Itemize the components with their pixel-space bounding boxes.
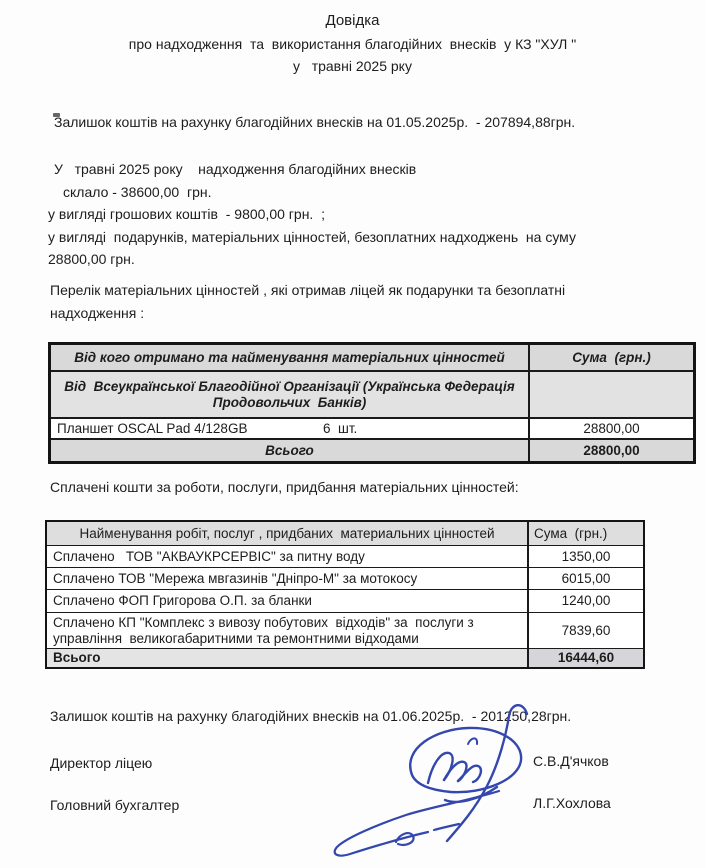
payments-intro-line: Сплачені кошти за роботи, послуги, придб… (50, 476, 519, 498)
income-paragraph: У травні 2025 року надходження благодійн… (48, 158, 688, 271)
gifts-total-sum-cell: 28800,00 (530, 438, 693, 461)
gifts-donor-cell: Від Всеукраїнської Благодійної Організац… (51, 370, 530, 417)
gifts-item-sum-cell: 28800,00 (530, 417, 693, 438)
payments-total-sum-cell: 16444,60 (529, 648, 643, 667)
accountant-signature-icon (335, 791, 499, 856)
payments-row-sum-cell: 1350,00 (529, 545, 643, 567)
payments-row-name-cell: Сплачено КП "Комплекс з вивозу побутових… (47, 612, 529, 648)
payments-header-sum-cell: Сума (грн.) (529, 522, 643, 545)
gifts-intro-line-1: Перелік матеріальних цінностей , які отр… (50, 279, 690, 302)
gifts-item-qty: 6 шт. (323, 421, 357, 437)
payments-row-sum-cell: 7839,60 (529, 612, 643, 648)
gifts-item-name: Планшет OSCAL Pad 4/128GB (57, 421, 247, 437)
payments-row-sum-cell: 6015,00 (529, 567, 643, 589)
income-line-1: У травні 2025 року надходження благодійн… (48, 158, 688, 181)
gifts-header-sum-cell: Сума (грн.) (530, 345, 693, 370)
payments-row-name-cell: Сплачено ТОВ "АКВАУКРСЕРВІС" за питну во… (47, 545, 529, 567)
gifts-header-name-cell: Від кого отримано та найменування матері… (51, 345, 530, 370)
income-line-3: у вигляді грошових коштів - 9800,00 грн.… (48, 203, 688, 226)
director-title: Директор ліцею (50, 752, 152, 774)
accountant-title: Головний бухгалтер (50, 794, 179, 816)
document-page: Довідка про надходження та використання … (0, 0, 705, 868)
gifts-donor-sum-cell (530, 370, 693, 417)
payments-header-name-cell: Найменування робіт, послуг , придбаних м… (47, 522, 529, 545)
gifts-intro-line-2: надходження : (50, 302, 690, 325)
gifts-item-name-cell: Планшет OSCAL Pad 4/128GB 6 шт. (51, 417, 530, 438)
income-line-5: 28800,00 грн. (48, 248, 688, 271)
income-line-2: склало - 38600,00 грн. (48, 181, 688, 204)
payments-table: Найменування робіт, послуг , придбаних м… (45, 520, 645, 669)
doc-subtitle: про надходження та використання благодій… (0, 33, 705, 55)
income-line-4: у вигляді подарунків, матеріальних цінно… (48, 226, 688, 249)
gifts-total-label-cell: Всього (51, 438, 530, 461)
scan-artifact (53, 113, 60, 117)
gifts-table: Від кого отримано та найменування матері… (48, 342, 696, 464)
payments-row-name-cell: Сплачено ТОВ "Мережа мвгазинів "Дніпро-М… (47, 567, 529, 589)
payments-row-sum-cell: 1240,00 (529, 589, 643, 612)
doc-period: у травні 2025 рку (0, 55, 705, 77)
gifts-intro-paragraph: Перелік матеріальних цінностей , які отр… (50, 279, 690, 325)
payments-row-name-cell: Сплачено ФОП Григорова О.П. за бланки (47, 589, 529, 612)
doc-title: Довідка (0, 10, 705, 32)
opening-balance-line: Залишок коштів на рахунку благодійних вн… (54, 111, 575, 133)
payments-total-label-cell: Всього (47, 648, 529, 667)
director-signature-icon (410, 705, 527, 841)
signatures-overlay (320, 690, 580, 865)
